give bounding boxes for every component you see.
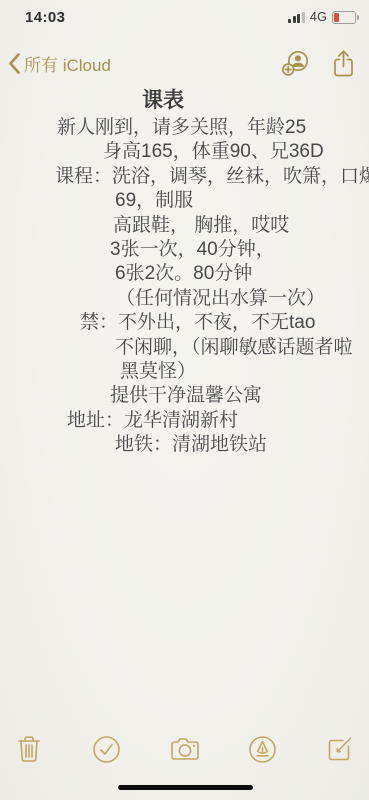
note-line: （任何情况出水算一次） [0,287,369,311]
back-button-label: 所有 iCloud [24,50,111,76]
note-line: 6张2次。80分钟 [0,262,369,286]
note-line: 3张一次，40分钟， [0,238,369,262]
signal-icon [288,12,305,23]
note-line: 提供干净温馨公寓 [0,384,369,408]
back-button[interactable]: 所有 iCloud [8,50,111,76]
note-line: 不闲聊，（闲聊敏感话题者啦 [0,336,369,360]
note-line: 禁：不外出，不夜，不无tao [0,311,369,335]
home-indicator[interactable] [118,785,253,790]
status-bar: 14:03 4G [0,6,369,28]
camera-icon[interactable] [169,733,201,765]
add-people-icon[interactable] [280,48,310,80]
check-circle-icon[interactable] [91,733,123,765]
battery-icon [332,11,356,24]
trash-icon[interactable] [13,733,45,765]
compose-icon[interactable] [324,733,356,765]
note-title: 课表 [0,86,369,116]
nav-bar: 所有 iCloud [0,48,369,84]
notes-app-screen: 14:03 4G 所有 iCloud [0,0,369,800]
note-line: 身高165，体重90、兄36D [0,140,369,164]
note-line: 69，制服 [0,189,369,213]
network-type-label: 4G [310,10,327,24]
note-line: 新人刚到，请多关照，年龄25 [0,116,369,140]
chevron-left-icon [8,53,20,74]
note-line: 黑莫怪） [0,360,369,384]
note-line: 课程：洗浴，调琴，丝袜，吹箫，口爆 [0,165,369,189]
note-line: 地址：龙华清湖新村 [0,409,369,433]
share-icon[interactable] [330,48,357,80]
note-line: 高跟鞋， 胸推，哎哎 [0,214,369,238]
clock: 14:03 [25,9,65,26]
note-editor[interactable]: 课表 新人刚到，请多关照，年龄25 身高165，体重90、兄36D 课程：洗浴，… [0,86,369,458]
bottom-toolbar [0,733,369,765]
note-line: 地铁：清湖地铁站 [0,433,369,457]
markup-icon[interactable] [246,733,278,765]
